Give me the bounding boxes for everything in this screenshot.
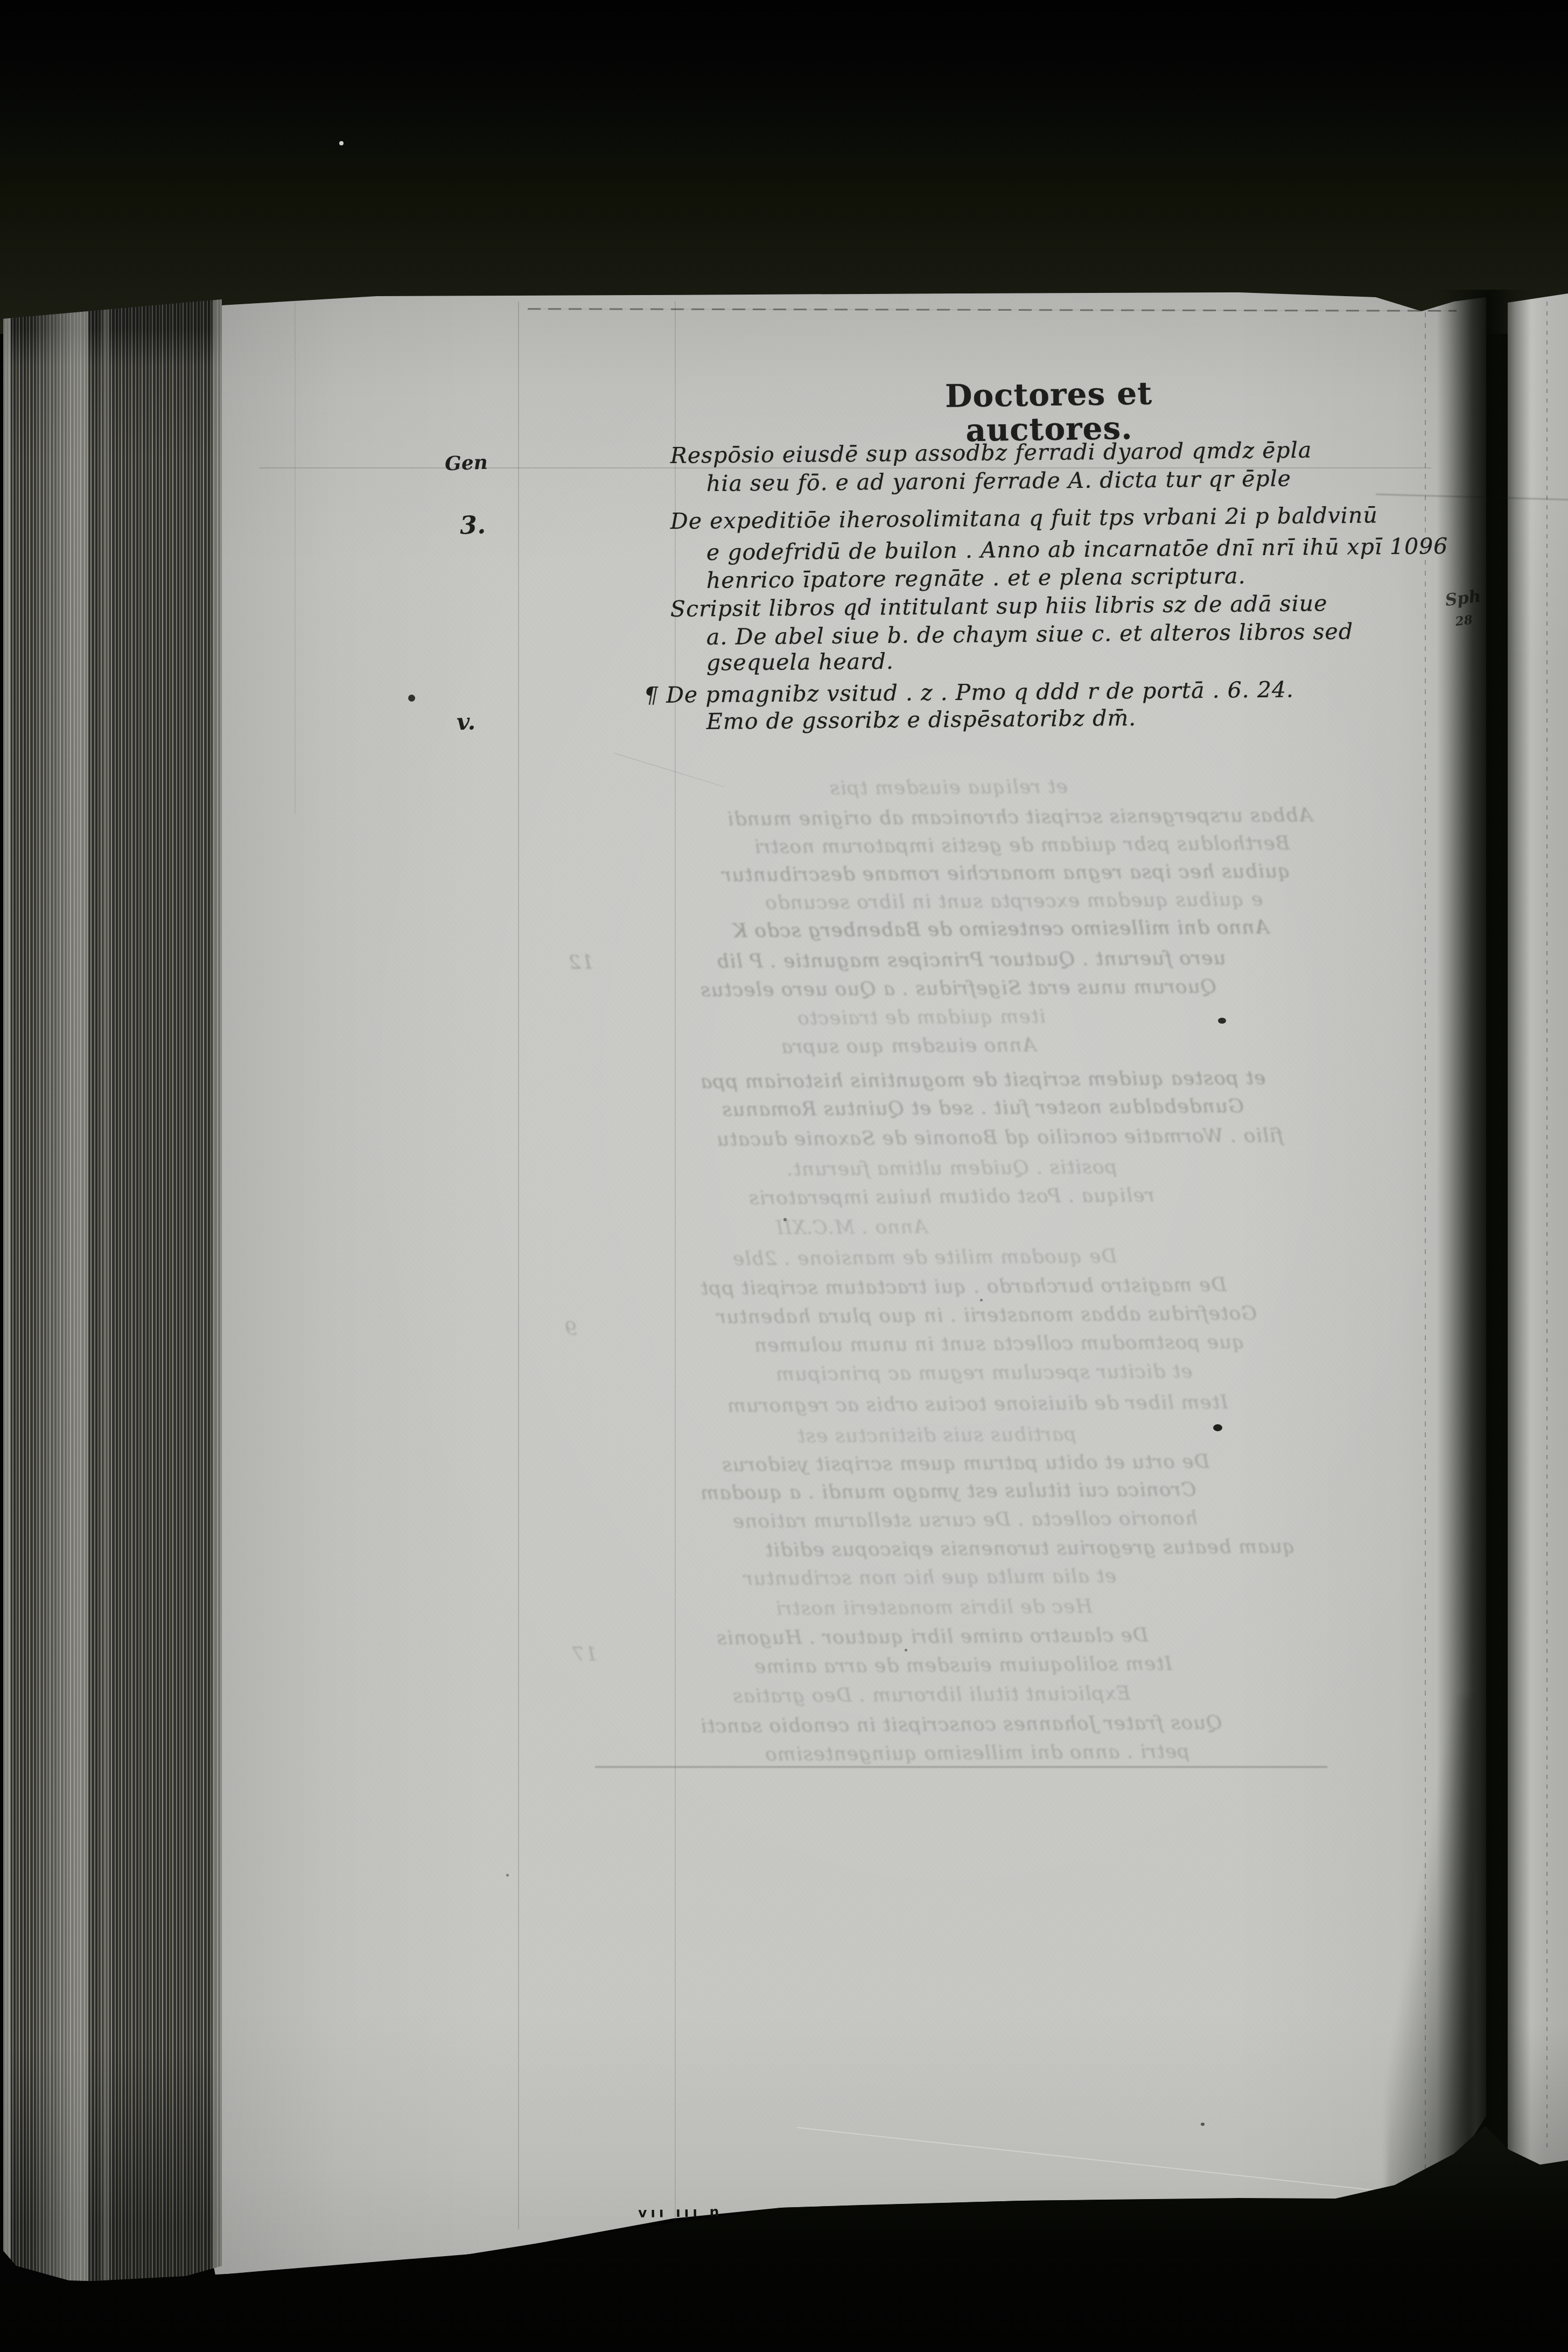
bleedthrough-line: 17 <box>572 1645 598 1664</box>
ink-speck <box>783 1218 787 1221</box>
ink-speck <box>980 1299 983 1301</box>
bleedthrough-line: Quorum unus erat Sigefridus . a Quo uero… <box>700 977 1217 1000</box>
bleedthrough-line: Item soliloquium eiusdem de arra anime <box>754 1654 1172 1676</box>
photo-backdrop-top <box>0 0 1568 334</box>
bleedthrough-line: Anno . M.C.XII <box>775 1217 928 1238</box>
ink-speck <box>1218 1018 1226 1024</box>
dust-speck-white <box>339 141 344 145</box>
bleedthrough-line: Gotefridus abbas monasterii . in quo plu… <box>716 1304 1257 1327</box>
bleedthrough-line: petri . anno dni millesimo quingentesimo <box>765 1742 1190 1765</box>
manuscript-text-line: gsequela heard. <box>706 650 894 674</box>
manuscript-text-line: henrico īpatore regnāte . et e plena scr… <box>706 565 1246 592</box>
ink-speck <box>905 1649 907 1651</box>
manuscript-text-line: Emo de gssoribz e dispēsatoribz dm̄. <box>706 707 1137 733</box>
bleedthrough-line: item quidam de traiecto <box>797 1007 1046 1028</box>
margin-note: v. <box>456 710 475 733</box>
bottom-edge-ink-marks: vıı ııı n <box>638 2205 723 2220</box>
bleedthrough-line: 12 <box>568 953 594 972</box>
bleedthrough-line: Quos frater Johannes conscripsit in ceno… <box>700 1713 1222 1737</box>
manuscript-text-line: De expeditiōe iherosolimitana q fuit tps… <box>670 505 1378 533</box>
bleedthrough-line: uero fuerunt . Quatuor Principes magunti… <box>716 949 1226 972</box>
ink-speck <box>506 1874 509 1877</box>
bleedthrough-line: Cronica cui titulus est ymago mundi . a … <box>700 1480 1196 1503</box>
bleedthrough-line: quam beatus gregorius turonensis episcop… <box>765 1537 1295 1560</box>
bleedthrough-line: quibus hec ipsa regna monarchie romane d… <box>722 862 1290 885</box>
crease-left-vertical <box>295 303 296 814</box>
next-page-crease <box>1546 302 1548 2148</box>
manuscript-text-line: Scripsit libros qd intitulant sup hiis l… <box>670 592 1328 620</box>
bleedthrough-line: Hec de libris monasterii nostri <box>775 1597 1093 1619</box>
book-fore-edge-pages <box>3 291 222 2286</box>
bleedthrough-line: Gundebaldus noster fuit . sed et Quintus… <box>722 1097 1244 1120</box>
bleedthrough-line: positis . Quidem ultima fuerunt. <box>786 1158 1117 1179</box>
bleedthrough-line: Expliciunt tituli librorum . Deo gratias <box>732 1684 1131 1706</box>
bleedthrough-line: Abbas urspergensis scripsit chronicam ab… <box>727 806 1313 829</box>
margin-note: 3. <box>459 512 486 538</box>
bleedthrough-line: et alia multa que hic non scribuntur <box>743 1567 1116 1589</box>
bleedthrough-line: et postea quidem scripsit de moguntinis … <box>700 1068 1266 1091</box>
bleedthrough-line: e quibus quedam excerpta sunt in libro s… <box>765 890 1263 913</box>
bleedthrough-line: Anno eiusdem quo supra <box>781 1035 1037 1056</box>
bleedthrough-line: De quodam milite de mansione . 2ble <box>732 1247 1117 1269</box>
manuscript-text-line: hia seu fō. e ad yaroni ferrade A. dicta… <box>706 468 1291 495</box>
ruling-line-margin-column <box>518 302 519 2229</box>
bleedthrough-ruling-line <box>595 1766 1327 1768</box>
bleedthrough-line: De ortu et obitu patrum quem scripsit ys… <box>722 1452 1210 1475</box>
ink-speck <box>1201 2123 1205 2126</box>
bleedthrough-line: reliqua . Post obitum huius imperatoris <box>748 1186 1154 1208</box>
bleedthrough-line: honorio collecta . De cursu stellarum ra… <box>732 1509 1198 1531</box>
bleedthrough-line: De claustro anime libri quatuor . Hugoni… <box>716 1626 1149 1648</box>
ink-speck <box>1213 1424 1222 1431</box>
bleedthrough-line: et dicitur speculum regum ac principum <box>775 1362 1193 1384</box>
bleedthrough-line: et reliqua eiusdem tpis <box>829 777 1068 798</box>
margin-note: Gen <box>444 453 488 474</box>
manuscript-text-line: ¶ De pmagnibz vsitud . z . Pmo q ddd r d… <box>644 678 1294 706</box>
bleedthrough-line: De magistro burchardo . qui tractatum sc… <box>700 1276 1227 1299</box>
manuscript-text-line: a. De abel siue b. de chaym siue c. et a… <box>706 621 1353 648</box>
bleedthrough-line: Bertholdus psbr quidam de gestis impator… <box>754 834 1290 857</box>
bleedthrough-line: Anno dni millesimo centesimo de Babenber… <box>732 918 1269 941</box>
bleedthrough-line: partibus suis distinctus est <box>797 1425 1076 1446</box>
bleedthrough-line: 9 <box>564 1319 577 1339</box>
manuscript-text-line: e godefridū de builon . Anno ab incarnat… <box>706 535 1448 564</box>
ink-speck <box>408 695 415 702</box>
manuscript-photo: Doctores et auctores. Gen3.v. Respōsio e… <box>0 0 1568 2352</box>
bleedthrough-line: que postmodum collecta sunt in unum uolu… <box>754 1333 1244 1355</box>
manuscript-text-line: Respōsio eiusdē sup assodbz ferradi dyar… <box>670 439 1312 467</box>
bleedthrough-line: Item liber de diuisione tocius orbis ac … <box>727 1393 1228 1416</box>
bleedthrough-line: filio . Wormatie concilio qd Bononie de … <box>716 1126 1284 1149</box>
